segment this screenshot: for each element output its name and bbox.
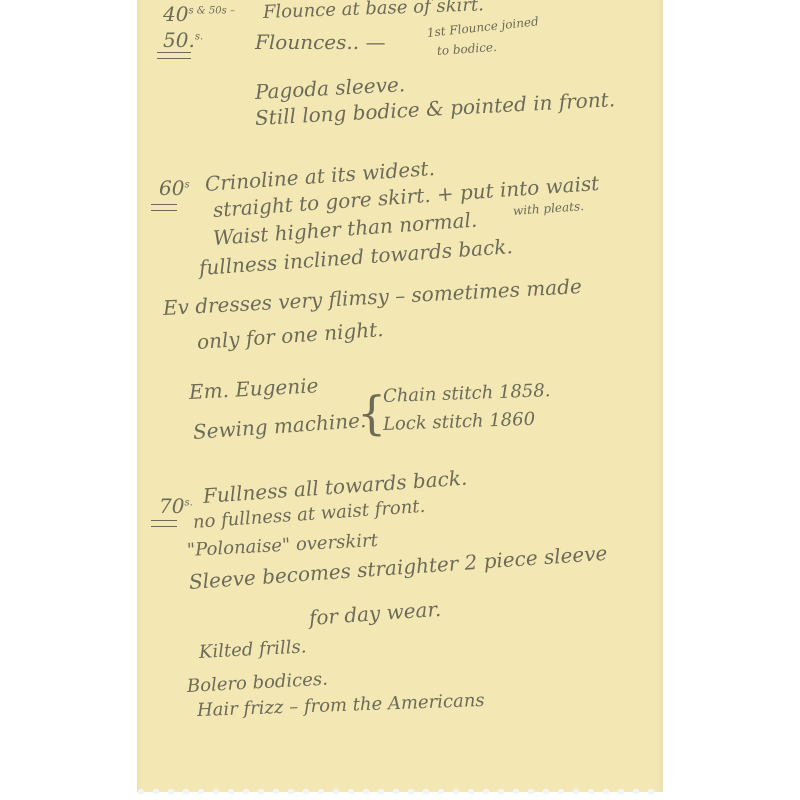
annotation: to bodice.: [437, 40, 498, 58]
decade-label-40s: 40s & 50s –: [163, 2, 235, 26]
note-line: Kilted frills.: [198, 636, 307, 663]
note-line: for day wear.: [308, 597, 442, 630]
double-underline: [151, 204, 177, 211]
note-line: Bolero bodices.: [186, 669, 328, 697]
note-paper: 40s & 50s – 50.s. Flounce at base of ski…: [137, 0, 663, 792]
note-line: Lock stitch 1860: [383, 409, 536, 435]
annotation: with pleats.: [513, 199, 585, 218]
double-underline: [151, 520, 177, 527]
decade-label-60s: 60s: [159, 176, 190, 200]
note-line: only for one night.: [196, 317, 384, 354]
note-line: Em. Eugenie: [188, 373, 319, 404]
note-line: Flounce at base of skirt.: [263, 0, 485, 23]
decade-label-50s: 50.s.: [163, 28, 203, 52]
note-line: Sewing machine.: [192, 408, 367, 444]
note-line: Chain stitch 1858.: [383, 380, 551, 407]
note-line: Ev dresses very flimsy – sometimes made: [162, 274, 582, 320]
note-line: "Polonaise" overskirt: [186, 530, 378, 561]
decade-label-70s: 70s.: [159, 494, 193, 518]
note-line: Flounces.. —: [255, 30, 385, 54]
annotation: 1st Flounce joined: [426, 14, 539, 40]
perforated-edge: [137, 786, 663, 794]
double-underline: [157, 52, 191, 59]
note-line: Hair frizz – from the Americans: [197, 690, 485, 721]
